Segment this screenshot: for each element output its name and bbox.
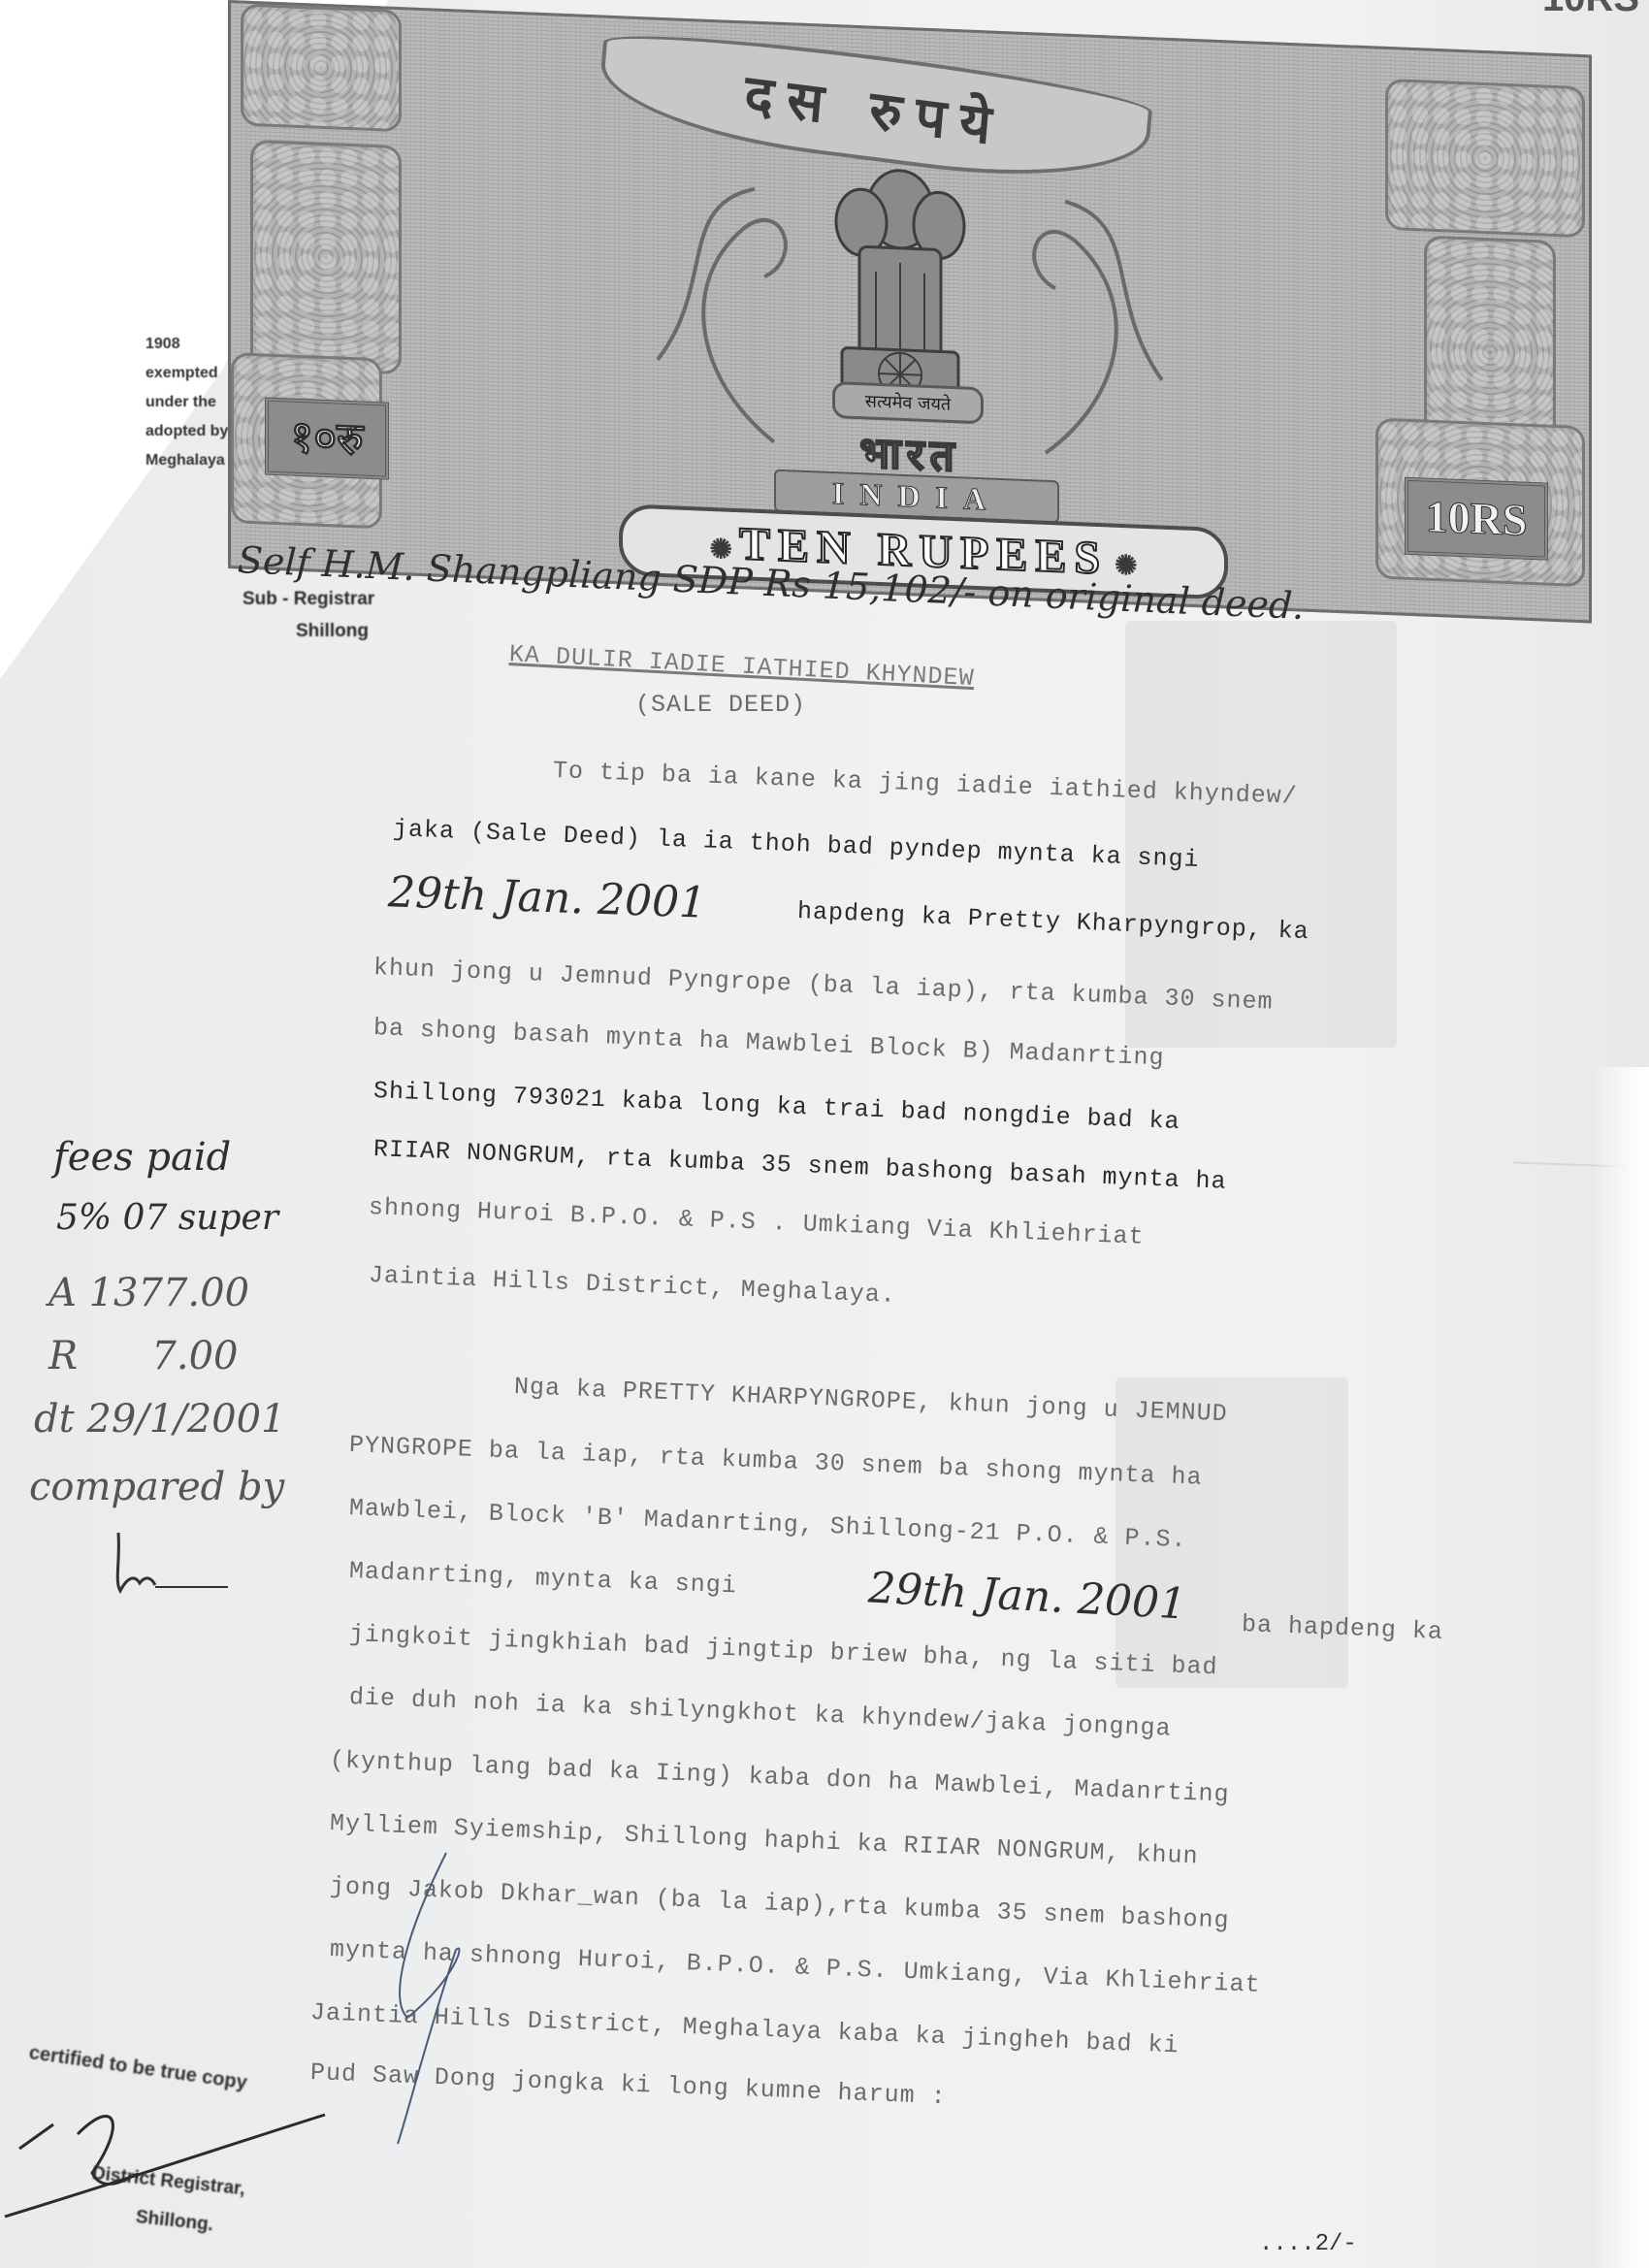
- margin-note-line: under the: [145, 388, 238, 417]
- paper-edge: [1591, 1067, 1649, 2268]
- ten-rupee-stamp-paper: दस रुपये सत्यमेव जयते भा: [228, 0, 1592, 623]
- compared-by-line: compared by: [29, 1465, 284, 1509]
- stamp-value-right: 10RS: [1405, 477, 1548, 561]
- margin-note-line: adopted by: [145, 417, 238, 446]
- stamp-value-left: १०रु: [265, 398, 389, 480]
- stamp-panel-left-floral: [250, 140, 402, 374]
- fees-date-line: dt 29/1/2001: [34, 1397, 286, 1442]
- fees-amount-line: A 1377.00: [48, 1271, 249, 1315]
- margin-note-line: exempted: [145, 359, 238, 388]
- stamp-margin-note: 1908 exempted under the adopted by Megha…: [145, 330, 238, 475]
- initials-signature-icon: [107, 1523, 233, 1601]
- deed-subtitle: (SALE DEED): [635, 691, 806, 719]
- stamp-panel-top-right: [1385, 79, 1585, 238]
- margin-note-line: Meghalaya: [145, 446, 238, 475]
- registrar-signature-icon: [0, 2086, 339, 2221]
- fees-paid-note-line: 5% 07 super: [56, 1198, 278, 1238]
- sub-registrar-stamp-line-1: Sub - Registrar: [242, 589, 374, 610]
- fees-paid-note-line: fees paid: [53, 1135, 231, 1180]
- stamp-bharat: भारत: [808, 419, 1012, 473]
- margin-note-line: 1908: [145, 330, 238, 359]
- stamp-corner-value: 10RS: [1542, 0, 1639, 20]
- page-continuation-marker: ....2/-: [1259, 2231, 1357, 2257]
- stamp-motto: सत्यमेव जयते: [832, 381, 984, 424]
- stamp-hindi-title: दस रुपये: [742, 55, 1008, 162]
- fees-amount-line: R 7.00: [48, 1334, 238, 1378]
- stamp-panel-top-left: [241, 4, 402, 133]
- sub-registrar-stamp-line-2: Shillong: [296, 621, 369, 642]
